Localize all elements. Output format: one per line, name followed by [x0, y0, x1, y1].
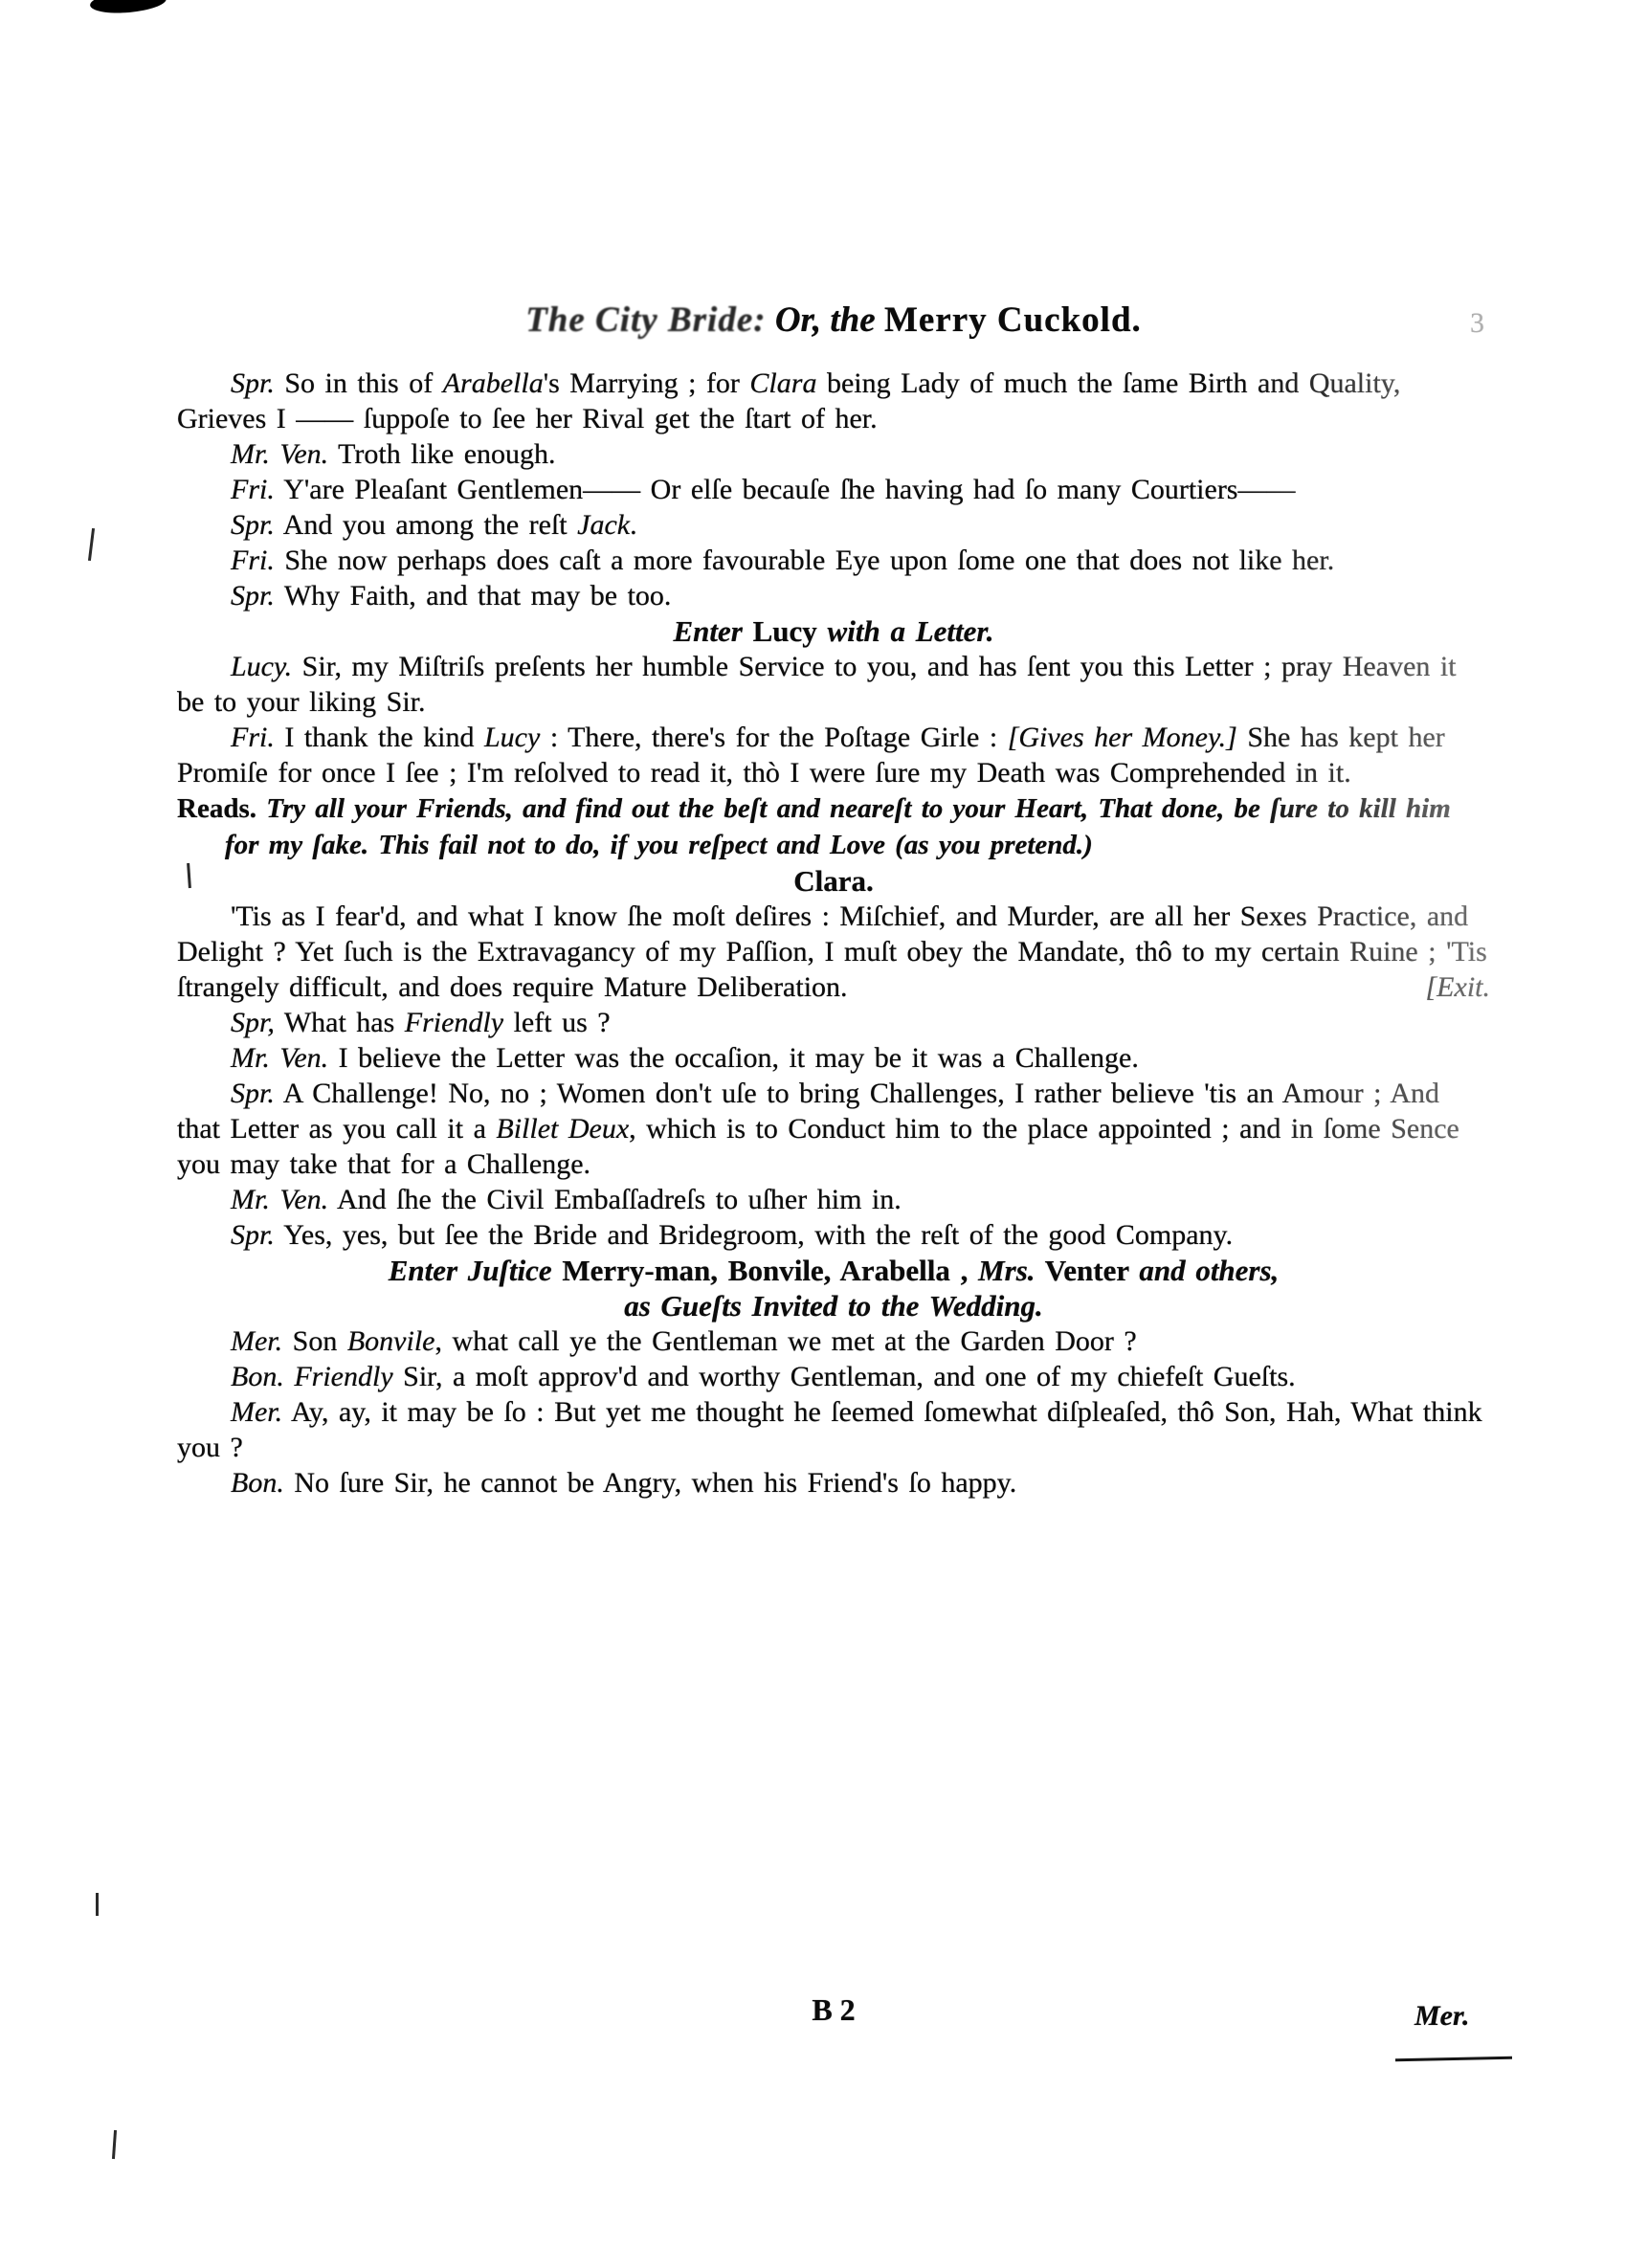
dialogue-line: 'Tis as I fear'd, and what I know ſhe mo…	[177, 899, 1490, 1005]
margin-mark	[112, 2130, 117, 2159]
dialogue-line: Bon. No ſure Sir, he cannot be Angry, wh…	[177, 1465, 1490, 1501]
dialogue-line: Fri. Y'are Pleaſant Gentlemen—— Or elſe …	[177, 472, 1490, 507]
dialogue-line: Lucy. Sir, my Miſtriſs preſents her humb…	[177, 649, 1490, 720]
stage-direction: Enter Lucy with a Letter.	[177, 613, 1490, 649]
dialogue-line: Spr. Yes, yes, but ſee the Bride and Bri…	[177, 1217, 1490, 1253]
letter-text: Reads. Try all your Friends, and find ou…	[177, 790, 1490, 863]
margin-mark	[96, 1893, 99, 1916]
page-header: The City Bride: Or, the Merry Cuckold. 3	[177, 300, 1490, 349]
running-title-worn-part: The City Bride:	[525, 300, 766, 340]
play-text-column: Spr. So in this of Arabella's Marrying ;…	[177, 366, 1490, 1501]
stage-direction: Enter Juſtice Merry-man, Bonvile, Arabel…	[177, 1253, 1490, 1323]
dialogue-line: Spr. A Challenge! No, no ; Women don't u…	[177, 1076, 1490, 1182]
letter-signature: Clara.	[177, 863, 1490, 899]
margin-mark	[88, 528, 95, 561]
dialogue-line: Bon. Friendly Sir, a moſt approv'd and w…	[177, 1359, 1490, 1394]
dialogue-line: Mer. Son Bonvile, what call ye the Gentl…	[177, 1323, 1490, 1359]
catchword: Mer.	[1414, 2000, 1470, 2033]
dialogue-line: Mr. Ven. Troth like enough.	[177, 436, 1490, 472]
gathering-signature: B 2	[177, 1992, 1490, 2028]
running-title-main-part: Merry Cuckold.	[884, 300, 1142, 340]
page-number: 3	[1470, 307, 1484, 340]
scanned-play-page: The City Bride: Or, the Merry Cuckold. 3…	[0, 0, 1648, 2268]
running-title-or-part: Or, the	[775, 300, 876, 340]
dialogue-line: Spr. So in this of Arabella's Marrying ;…	[177, 366, 1490, 436]
running-title: The City Bride: Or, the Merry Cuckold.	[177, 300, 1490, 341]
dialogue-line: Spr. Why Faith, and that may be too.	[177, 578, 1490, 613]
dialogue-line: Fri. She now perhaps does caſt a more fa…	[177, 543, 1490, 578]
dialogue-line: Fri. I thank the kind Lucy : There, ther…	[177, 720, 1490, 790]
dialogue-line: Spr. And you among the reſt Jack.	[177, 507, 1490, 543]
ink-smudge	[89, 0, 167, 15]
catchword-underline-mark	[1395, 2057, 1512, 2062]
dialogue-line: Mr. Ven. And ſhe the Civil Embaſſadreſs …	[177, 1182, 1490, 1217]
dialogue-line: Spr, What has Friendly left us ?	[177, 1005, 1490, 1040]
dialogue-line: Mr. Ven. I believe the Letter was the oc…	[177, 1040, 1490, 1076]
dialogue-line: Mer. Ay, ay, it may be ſo : But yet me t…	[177, 1394, 1490, 1465]
